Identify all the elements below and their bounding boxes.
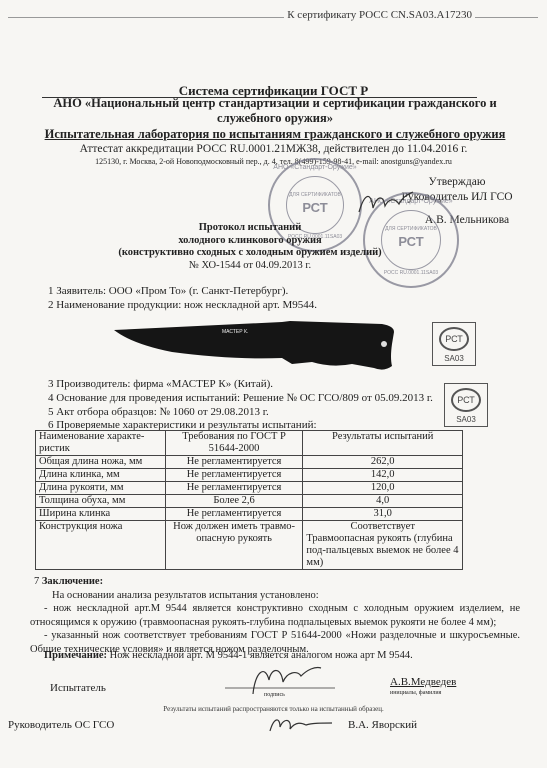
knife-image: МАСТЕР К. xyxy=(112,318,412,378)
chief-label: Руководитель ОС ГСО xyxy=(8,719,114,731)
chief-signature xyxy=(266,713,336,739)
header-requirements: Требования по ГОСТ Р 51644-2000 xyxy=(165,431,303,456)
item-sampling-act: 5 Акт отбора образцов: № 1060 от 29.08.2… xyxy=(48,405,269,419)
tester-name-caption: инициалы, фамилия xyxy=(390,690,441,696)
signature-caption: подпись xyxy=(264,692,285,698)
table-row: Длина клинка, мм Не регламентируется 142… xyxy=(36,469,463,482)
accreditation-text: Аттестат аккредитации РОСС RU.0001.21МЖ3… xyxy=(0,143,547,155)
item-manufacturer: 3 Производитель: фирма «МАСТЕР К» (Китай… xyxy=(48,377,273,391)
laboratory-name: Испытательная лаборатория по испытаниям … xyxy=(30,127,520,142)
protocol-number: № ХО-1544 от 04.09.2013 г. xyxy=(100,260,400,273)
certificate-ref-text: К сертификату РОСС CN.SA03.A17230 xyxy=(284,9,475,21)
table-header-row: Наименование характе-ристик Требования п… xyxy=(36,431,463,456)
mark-code: SA03 xyxy=(433,354,475,363)
conclusion-title: Заключение: xyxy=(42,576,103,587)
item-test-basis: 4 Основание для проведения испытаний: Ре… xyxy=(48,391,433,405)
protocol-line3: (конструктивно сходных с холодным оружие… xyxy=(100,247,400,260)
conclusion-point-1: - нож нескладной арт.М 9544 является кон… xyxy=(30,602,520,629)
certificate-reference: К сертификату РОСС CN.SA03.A17230 xyxy=(0,9,547,23)
tester-signature-row: Испытатель подпись А.В.Медведев инициалы… xyxy=(50,676,520,706)
header-results: Результаты испытаний xyxy=(303,431,463,456)
organization-name: АНО «Национальный центр стандартизации и… xyxy=(30,96,520,126)
rst-mark-icon: РСТ xyxy=(270,200,360,215)
gost-r-mark-2: РСТ SA03 xyxy=(444,383,488,427)
approver-signature xyxy=(355,188,415,218)
svg-text:МАСТЕР К.: МАСТЕР К. xyxy=(222,329,248,335)
results-table: Наименование характе-ристик Требования п… xyxy=(35,430,463,570)
organization-line2: служебного оружия» xyxy=(30,111,520,126)
table-row: Длина рукояти, мм Не регламентируется 12… xyxy=(36,482,463,495)
chief-name: В.А. Яворский xyxy=(348,719,417,731)
table-row: Ширина клинка Не регламентируется 31,0 xyxy=(36,508,463,521)
conclusion-section: 7 Заключение: На основании анализа резул… xyxy=(30,575,520,656)
note-text: Нож нескладной арт. М 9544-1 является ан… xyxy=(107,650,413,661)
table-row: Общая длина ножа, мм Не регламентируется… xyxy=(36,456,463,469)
protocol-line2: холодного клинкового оружия xyxy=(100,235,400,248)
table-row: Конструкция ножа Нож должен иметь травмо… xyxy=(36,521,463,570)
note-label: Примечание: xyxy=(44,650,107,661)
tester-label: Испытатель xyxy=(50,682,106,694)
note: Примечание: Нож нескладной арт. М 9544-1… xyxy=(44,650,413,661)
rst-mark-icon: РСТ xyxy=(451,388,481,412)
protocol-title: Протокол испытаний холодного клинкового … xyxy=(100,222,400,272)
conclusion-intro: На основании анализа результатов испытан… xyxy=(30,589,520,603)
tester-name: А.В.Медведев xyxy=(390,676,456,688)
header-characteristic: Наименование характе-ристик xyxy=(36,431,166,456)
item-product-name: 2 Наименование продукции: нож нескладной… xyxy=(48,298,317,312)
protocol-line1: Протокол испытаний xyxy=(100,222,400,235)
table-row: Толщина обуха, мм Более 2,6 4,0 xyxy=(36,495,463,508)
item-applicant: 1 Заявитель: ООО «Пром То» (г. Санкт-Пет… xyxy=(48,284,288,298)
gost-r-mark-1: РСТ SA03 xyxy=(432,322,476,366)
organization-line1: АНО «Национальный центр стандартизации и… xyxy=(30,96,520,111)
disclaimer: Результаты испытаний распространяются то… xyxy=(0,705,547,713)
rst-mark-icon: РСТ xyxy=(439,327,469,351)
mark-code: SA03 xyxy=(445,415,487,424)
